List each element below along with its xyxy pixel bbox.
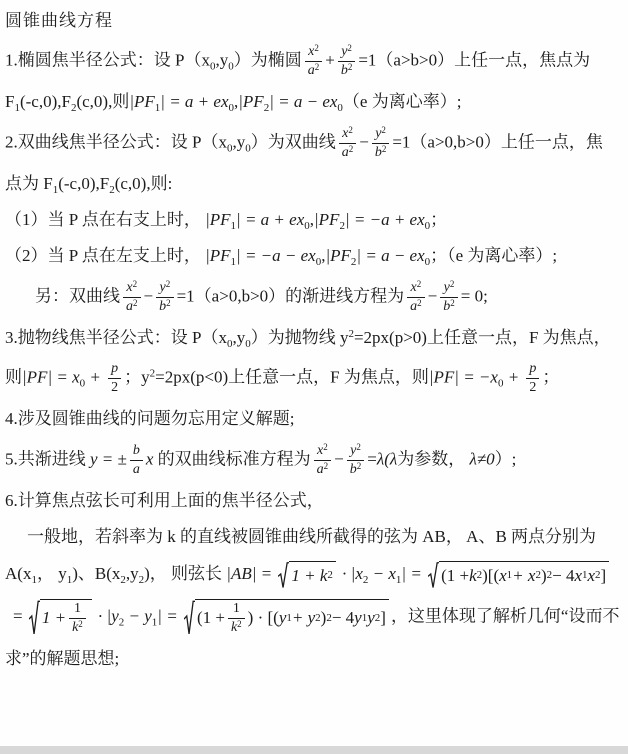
document-line-7: 另：双曲线x2a2−y2b2=1（a>0,b>0）的渐进线方程为x2a2−y2b… bbox=[5, 280, 622, 315]
math-italic-run: |PF| = x bbox=[22, 368, 80, 387]
math-italic-run: | = a + ex bbox=[236, 210, 304, 229]
text-run: − bbox=[334, 449, 344, 468]
superscript: 2 bbox=[348, 62, 353, 72]
superscript: 2 bbox=[381, 125, 386, 135]
math-italic-run: 1 + k bbox=[291, 563, 327, 589]
text-run: )， 则弦长 bbox=[144, 564, 226, 583]
document-line-9: 则|PF| = x0 + p2；y2=2px(p<0)上任意一点，F 为焦点，则… bbox=[5, 361, 622, 396]
math-italic-run: x bbox=[499, 563, 507, 589]
text-run: (-c,0),F bbox=[20, 92, 71, 111]
math-italic-run: |PF bbox=[238, 92, 263, 111]
math-italic-run: |PF bbox=[205, 246, 230, 265]
fraction-denominator: b2 bbox=[156, 297, 174, 315]
superscript: 2 bbox=[237, 619, 242, 629]
math-italic-run: | = a + ex bbox=[160, 92, 228, 111]
fraction: x2a2 bbox=[407, 280, 425, 315]
fraction: y2b2 bbox=[347, 443, 365, 478]
math-italic-run: |PF bbox=[205, 210, 230, 229]
text-run: − bbox=[144, 286, 154, 305]
superscript: 2 bbox=[315, 62, 320, 72]
radical-icon bbox=[29, 599, 40, 636]
fraction-numerator: y2 bbox=[441, 280, 458, 297]
math-italic-run: |AB| = bbox=[226, 564, 276, 583]
text-run: （1）当 P 点在右支上时， bbox=[5, 210, 205, 229]
math-italic-run: |PF bbox=[314, 210, 339, 229]
fraction-denominator: a2 bbox=[339, 143, 357, 161]
text-run: + bbox=[325, 51, 335, 70]
math-italic-run: x bbox=[588, 563, 596, 589]
math-italic-run: p bbox=[111, 361, 118, 376]
document-line-2: F1(-c,0),F2(c,0),则|PF1| = a + ex0,|PF2| … bbox=[5, 89, 622, 115]
fraction: 1k2 bbox=[69, 601, 86, 636]
text-run: ）为双曲线 bbox=[251, 132, 336, 151]
text-run: ] bbox=[380, 605, 386, 631]
text-run: (c,0),则: bbox=[115, 174, 173, 193]
fraction: x2a2 bbox=[339, 126, 357, 161]
superscript: 2 bbox=[450, 298, 455, 308]
superscript: 2 bbox=[314, 43, 319, 53]
fraction: x2a2 bbox=[305, 44, 323, 79]
superscript: 2 bbox=[133, 279, 138, 289]
math-italic-run: p bbox=[529, 361, 536, 376]
text-run: (1 + bbox=[197, 605, 225, 631]
document-line-16: 求”的解题思想; bbox=[5, 646, 622, 672]
text-run: =1（a>0,b>0）的渐进线方程为 bbox=[177, 286, 405, 305]
math-italic-run: + y bbox=[292, 605, 315, 631]
math-italic-run: a bbox=[126, 299, 133, 314]
sqrt-content: (1 + k2)[(x1 + x2)2 − 4x1x2] bbox=[439, 561, 609, 589]
fraction: p2 bbox=[108, 361, 121, 396]
text-run: ； bbox=[430, 210, 447, 229]
superscript: 2 bbox=[356, 442, 361, 452]
text-run: 1.椭圆焦半径公式：设 P（x bbox=[5, 51, 210, 70]
text-run: ,y bbox=[232, 132, 245, 151]
fraction-denominator: 2 bbox=[108, 378, 121, 396]
text-run: 则 bbox=[5, 368, 22, 387]
superscript: 2 bbox=[166, 298, 171, 308]
fraction-denominator: b2 bbox=[440, 297, 458, 315]
radical-icon bbox=[278, 561, 289, 589]
text-run: ）为椭圆 bbox=[234, 51, 302, 70]
math-italic-run: · |y bbox=[94, 607, 119, 626]
square-root: (1 + 1k2) · [(y1 + y2)2 − 4y1y2] bbox=[184, 599, 389, 636]
math-italic-run: + bbox=[85, 368, 105, 387]
sqrt-content: 1 + 1k2 bbox=[40, 599, 92, 636]
math-italic-run: 1 + bbox=[42, 605, 66, 631]
fraction-denominator: a2 bbox=[314, 460, 332, 478]
fraction-numerator: y2 bbox=[338, 44, 355, 61]
document-line-8: 3.抛物线焦半径公式：设 P（x0,y0）为抛物线 y2=2px(p>0)上任意… bbox=[5, 325, 622, 351]
document-line-12: 6.计算焦点弦长可利用上面的焦半径公式， bbox=[5, 488, 622, 514]
math-italic-run: | = a − ex bbox=[356, 246, 424, 265]
superscript: 2 bbox=[348, 125, 353, 135]
text-run: ,y bbox=[215, 51, 228, 70]
text-run: 4.涉及圆锥曲线的问题勿忘用定义解题; bbox=[5, 409, 294, 428]
radical-icon bbox=[428, 561, 439, 589]
text-run: ）; bbox=[495, 449, 517, 468]
scan-bottom-bar bbox=[0, 746, 628, 754]
math-italic-run: + x bbox=[512, 563, 535, 589]
superscript: 2 bbox=[417, 298, 422, 308]
document-line-15: = 1 + 1k2 · |y2 − y1| = (1 + 1k2) · [(y1… bbox=[5, 599, 622, 636]
math-italic-run: | = −a − ex bbox=[236, 246, 316, 265]
superscript: 2 bbox=[324, 461, 329, 471]
superscript: 2 bbox=[327, 570, 333, 581]
math-italic-run: b bbox=[375, 145, 382, 160]
text-run: ] bbox=[601, 563, 607, 589]
fraction: y2b2 bbox=[156, 280, 174, 315]
square-root: (1 + k2)[(x1 + x2)2 − 4x1x2] bbox=[428, 561, 609, 589]
text-run: 2 bbox=[529, 380, 536, 395]
document-line-4: 点为 F1(-c,0),F2(c,0),则: bbox=[5, 171, 622, 197]
text-run: 的双曲线标准方程为 bbox=[153, 449, 310, 468]
document-line-10: 4.涉及圆锥曲线的问题勿忘用定义解题; bbox=[5, 406, 622, 432]
superscript: 2 bbox=[347, 43, 352, 53]
text-run: (c,0),则 bbox=[76, 92, 129, 111]
text-run: − 4 bbox=[332, 605, 354, 631]
math-italic-run: y bbox=[367, 605, 375, 631]
document-line-13: 一般地，若斜率为 k 的直线被圆锥曲线所截得的弦为 AB， A、B 两点分别为 bbox=[5, 524, 622, 550]
text-run: − 4 bbox=[552, 563, 574, 589]
text-run: 3.抛物线焦半径公式：设 P（x bbox=[5, 328, 227, 347]
fraction-denominator: b2 bbox=[347, 460, 365, 478]
text-run: =2px(p>0)上任意一点，F 为焦点， bbox=[354, 328, 611, 347]
fraction-denominator: a bbox=[130, 460, 143, 478]
fraction-denominator: a2 bbox=[305, 61, 323, 79]
square-root: 1 + k2 bbox=[278, 561, 336, 589]
fraction: 1k2 bbox=[228, 601, 245, 636]
text-run: 5.共渐进线 bbox=[5, 449, 90, 468]
fraction: x2a2 bbox=[123, 280, 141, 315]
text-run: ，这里体现了解析几何“设而不 bbox=[391, 607, 620, 626]
superscript: 2 bbox=[450, 279, 455, 289]
page-title: 圆锥曲线方程 bbox=[5, 8, 622, 34]
math-italic-run: | = −a + ex bbox=[345, 210, 425, 229]
superscript: 2 bbox=[357, 461, 362, 471]
fraction-numerator: x2 bbox=[305, 44, 322, 61]
document-line-14: A(x1， y1)、B(x2,y2)， 则弦长 |AB| = 1 + k2 · … bbox=[5, 561, 622, 589]
fraction: x2a2 bbox=[314, 443, 332, 478]
superscript: 2 bbox=[382, 144, 387, 154]
text-run: 2 bbox=[111, 380, 118, 395]
fraction-denominator: a2 bbox=[407, 297, 425, 315]
fraction-denominator: b2 bbox=[372, 143, 390, 161]
math-italic-run: a bbox=[133, 462, 140, 477]
text-run: A(x bbox=[5, 564, 31, 583]
radical-icon bbox=[184, 599, 195, 636]
text-run: 点为 F bbox=[5, 174, 53, 193]
text-run: （2）当 P 点在左支上时， bbox=[5, 246, 205, 265]
math-italic-run: | = bbox=[401, 564, 426, 583]
math-italic-run: − x bbox=[368, 564, 396, 583]
text-run: 2.双曲线焦半径公式：设 P（x bbox=[5, 132, 227, 151]
superscript: 2 bbox=[166, 279, 171, 289]
superscript: 2 bbox=[417, 279, 422, 289]
fraction-denominator: k2 bbox=[69, 618, 86, 636]
fraction-numerator: x2 bbox=[339, 126, 356, 143]
fraction-denominator: a2 bbox=[123, 297, 141, 315]
math-italic-run: y = ± bbox=[90, 449, 127, 468]
fraction-denominator: 2 bbox=[526, 378, 539, 396]
fraction-denominator: k2 bbox=[228, 618, 245, 636]
text-run: (-c,0),F bbox=[58, 174, 109, 193]
text-run: ）为抛物线 y bbox=[251, 328, 349, 347]
text-run: 为参数， bbox=[397, 449, 469, 468]
text-run: ；（e 为离心率）; bbox=[430, 246, 557, 265]
fraction-numerator: y2 bbox=[156, 280, 173, 297]
sqrt-content: (1 + 1k2) · [(y1 + y2)2 − 4y1y2] bbox=[195, 599, 389, 636]
fraction-numerator: y2 bbox=[372, 126, 389, 143]
fraction: y2b2 bbox=[372, 126, 390, 161]
text-run: (1 + bbox=[441, 563, 469, 589]
math-italic-run: a bbox=[308, 63, 315, 78]
math-italic-run: |PF| = −x bbox=[429, 368, 498, 387]
math-italic-run: x bbox=[574, 563, 582, 589]
math-italic-run: |PF bbox=[129, 92, 154, 111]
document-page: 圆锥曲线方程 1.椭圆焦半径公式：设 P（x0,y0）为椭圆x2a2+y2b2=… bbox=[0, 0, 628, 754]
text-run: − bbox=[359, 132, 369, 151]
superscript: 2 bbox=[133, 298, 138, 308]
text-run: =2px(p<0)上任意一点，F 为焦点，则 bbox=[155, 368, 429, 387]
math-italic-run: a bbox=[317, 462, 324, 477]
fraction: p2 bbox=[526, 361, 539, 396]
document-line-5: （1）当 P 点在右支上时， |PF1| = a + ex0,|PF2| = −… bbox=[5, 207, 622, 233]
text-run: =1（a>b>0）上任一点，焦点为 bbox=[358, 51, 590, 70]
fraction-numerator: y2 bbox=[347, 443, 364, 460]
square-root: 1 + 1k2 bbox=[29, 599, 92, 636]
math-italic-run: k bbox=[469, 563, 477, 589]
text-run: 6.计算焦点弦长可利用上面的焦半径公式， bbox=[5, 491, 324, 510]
document-line-6: （2）当 P 点在左支上时， |PF1| = −a − ex0,|PF2| = … bbox=[5, 243, 622, 269]
text-run: 1 bbox=[74, 601, 81, 616]
text-run: − bbox=[428, 286, 438, 305]
document-line-1: 1.椭圆焦半径公式：设 P（x0,y0）为椭圆x2a2+y2b2=1（a>b>0… bbox=[5, 44, 622, 79]
fraction-numerator: 1 bbox=[230, 601, 243, 618]
superscript: 2 bbox=[349, 144, 354, 154]
sqrt-content: 1 + k2 bbox=[289, 561, 336, 589]
text-run: ) · [( bbox=[248, 605, 279, 631]
fraction-numerator: p bbox=[108, 361, 121, 378]
text-run: 求”的解题思想; bbox=[5, 649, 119, 668]
fraction-numerator: x2 bbox=[314, 443, 331, 460]
text-run: ,y bbox=[232, 328, 245, 347]
math-italic-run: λ(λ bbox=[377, 449, 397, 468]
math-italic-run: y bbox=[279, 605, 287, 631]
text-run: = 0; bbox=[461, 286, 488, 305]
document-line-11: 5.共渐进线 y = ±bax 的双曲线标准方程为x2a2−y2b2=λ(λ为参… bbox=[5, 443, 622, 478]
fraction-numerator: x2 bbox=[408, 280, 425, 297]
text-run: 另：双曲线 bbox=[35, 286, 120, 305]
text-run: )、B(x bbox=[72, 564, 120, 583]
fraction-numerator: 1 bbox=[71, 601, 84, 618]
fraction: y2b2 bbox=[440, 280, 458, 315]
math-italic-run: λ≠0 bbox=[469, 449, 494, 468]
text-run: ,y bbox=[126, 564, 139, 583]
text-run: = bbox=[13, 607, 27, 626]
math-italic-run: b bbox=[133, 443, 140, 458]
math-italic-run: b bbox=[350, 462, 357, 477]
document-line-3: 2.双曲线焦半径公式：设 P（x0,y0）为双曲线x2a2−y2b2=1（a>0… bbox=[5, 126, 622, 161]
document-body: 1.椭圆焦半径公式：设 P（x0,y0）为椭圆x2a2+y2b2=1（a>b>0… bbox=[5, 44, 622, 673]
math-italic-run: a bbox=[342, 145, 349, 160]
math-italic-run: + bbox=[503, 368, 523, 387]
text-run: )[( bbox=[482, 563, 499, 589]
math-italic-run: − y bbox=[124, 607, 152, 626]
text-run: 一般地，若斜率为 k 的直线被圆锥曲线所截得的弦为 AB， A、B 两点分别为 bbox=[27, 527, 596, 546]
fraction-denominator: b2 bbox=[338, 61, 356, 79]
text-run: = bbox=[367, 449, 377, 468]
fraction: y2b2 bbox=[338, 44, 356, 79]
math-italic-run: y bbox=[354, 605, 362, 631]
fraction-numerator: b bbox=[130, 443, 143, 460]
math-italic-run: | = bbox=[157, 607, 182, 626]
math-italic-run: b bbox=[341, 63, 348, 78]
text-run: （e 为离心率）; bbox=[343, 92, 462, 111]
fraction-numerator: x2 bbox=[123, 280, 140, 297]
math-italic-run: | = a − ex bbox=[269, 92, 337, 111]
superscript: 2 bbox=[78, 619, 83, 629]
fraction-numerator: p bbox=[526, 361, 539, 378]
math-italic-run: · |x bbox=[338, 564, 363, 583]
text-run: ， y bbox=[37, 564, 67, 583]
text-run: 1 bbox=[233, 601, 240, 616]
fraction: ba bbox=[130, 443, 143, 478]
text-run: ；y bbox=[124, 368, 150, 387]
math-italic-run: |PF bbox=[325, 246, 350, 265]
text-run: ； bbox=[542, 368, 559, 387]
text-run: =1（a>0,b>0）上任一点，焦 bbox=[392, 132, 603, 151]
superscript: 2 bbox=[323, 442, 328, 452]
